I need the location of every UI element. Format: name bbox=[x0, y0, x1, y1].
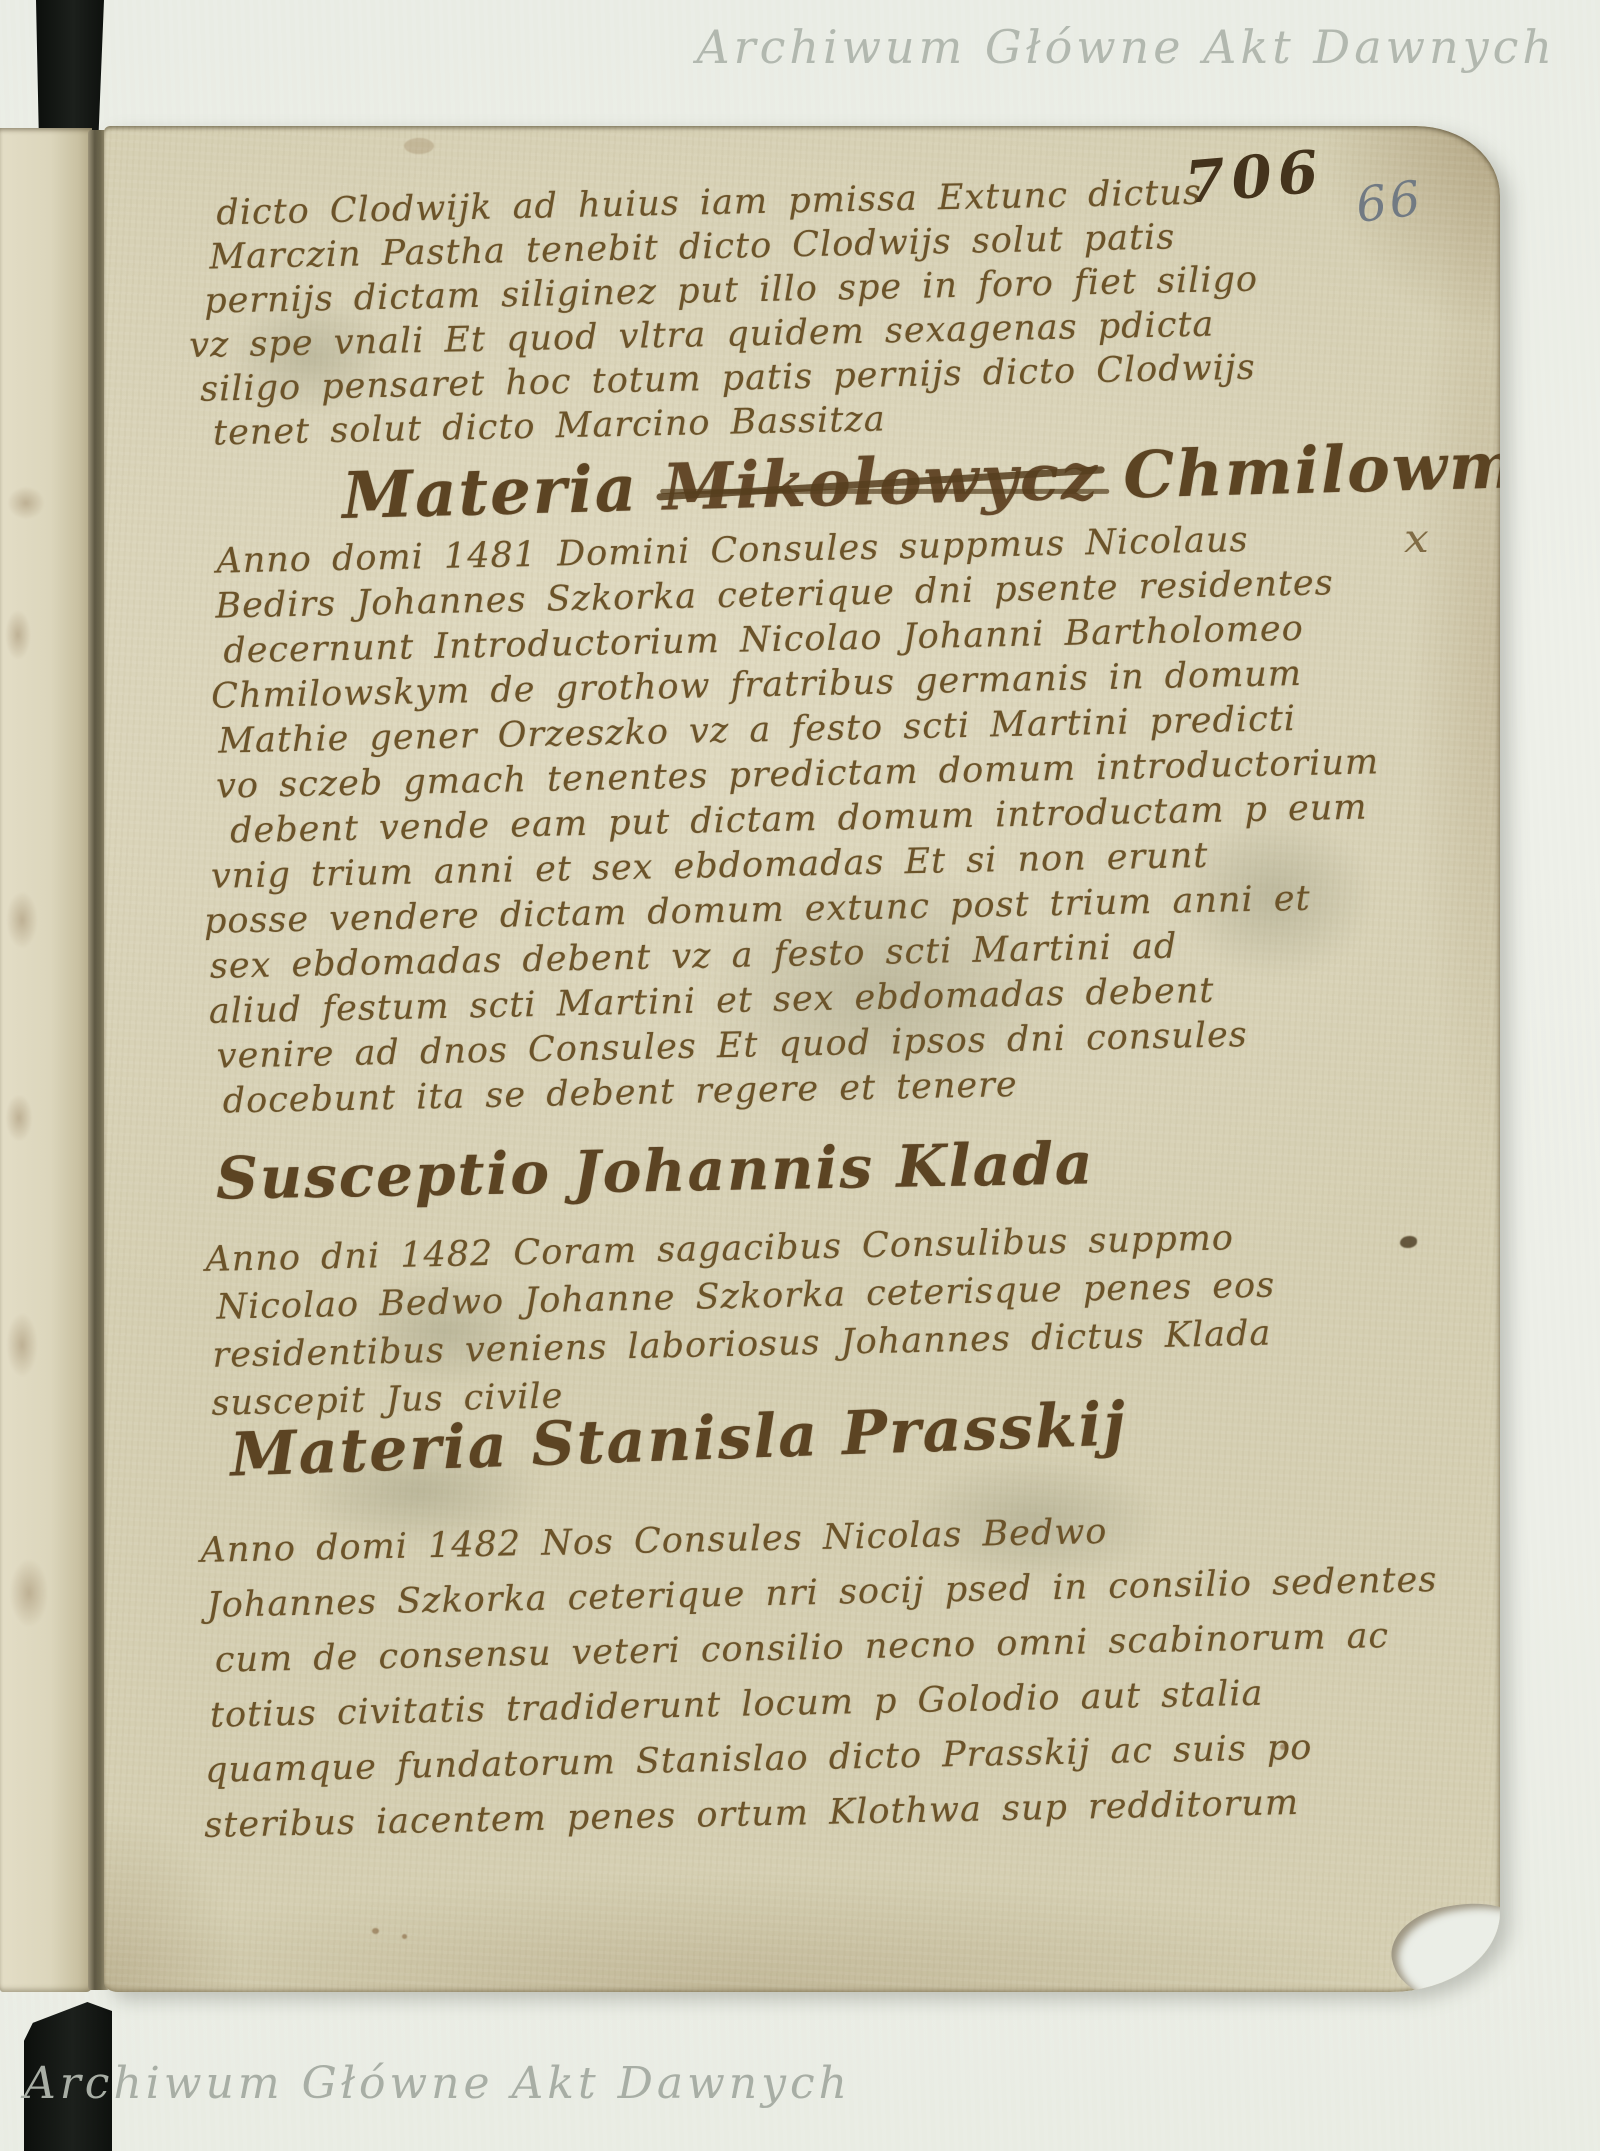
facing-page-ink-trace bbox=[0, 880, 44, 960]
folio-number-ink: 706 bbox=[1183, 142, 1327, 212]
heading-susceptio-klada: Susceptio Johannis Klada bbox=[216, 1134, 1095, 1207]
archive-watermark-bottom: Archiwum Główne Akt Dawnych bbox=[24, 2062, 851, 2106]
folio-number-pencil: 66 bbox=[1353, 174, 1425, 230]
facing-page-ink-trace bbox=[0, 1085, 38, 1151]
binding-tape-top bbox=[36, 0, 104, 134]
facing-page-ink-trace bbox=[0, 480, 52, 526]
heading-word: Chmilowmath bbox=[1122, 425, 1500, 514]
foxing-spot bbox=[404, 138, 434, 154]
facing-page-ink-trace bbox=[0, 1300, 44, 1390]
facing-page-edge bbox=[0, 128, 92, 1992]
manuscript-page: 706 66 dicto Clodwijk ad huius iam pmiss… bbox=[104, 126, 1500, 1992]
archive-watermark-top: Archiwum Główne Akt Dawnych bbox=[696, 24, 1556, 70]
pen-flourish: ˣ bbox=[1404, 516, 1429, 586]
entry-paragraph-1: dicto Clodwijk ad huius iam pmissa Extun… bbox=[186, 170, 1261, 456]
facing-page-ink-trace bbox=[2, 1545, 56, 1641]
facing-page-ink-trace bbox=[0, 600, 36, 670]
heading-struck-word: Mikolowycz bbox=[661, 439, 1100, 525]
ink-blot bbox=[1400, 1236, 1417, 1248]
entry-paragraph-4: Anno domi 1482 Nos Consules Nicolas Bedw… bbox=[196, 1498, 1442, 1854]
heading-word: Materia bbox=[341, 451, 639, 534]
foxing-spot bbox=[402, 1934, 407, 1939]
entry-paragraph-2: Anno domi 1481 Domini Consules suppmus N… bbox=[196, 515, 1386, 1125]
torn-edge-notch bbox=[1385, 1893, 1500, 1992]
archive-scan: Archiwum Główne Akt Dawnych Archiwum Głó… bbox=[0, 0, 1600, 2151]
foxing-spot bbox=[372, 1928, 379, 1934]
